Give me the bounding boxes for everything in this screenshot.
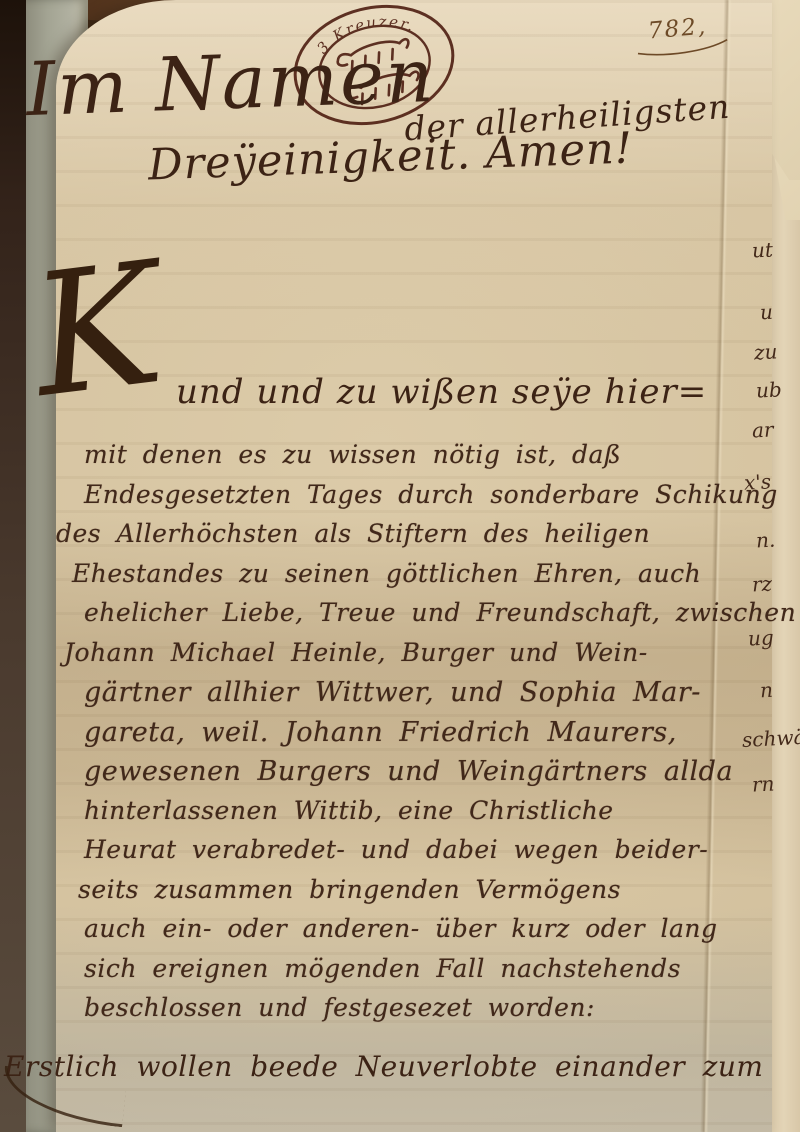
- body-line: gewesenen Burgers und Weingärtners allda: [84, 756, 748, 796]
- manuscript-photo: 782, 3 Kreuzer.: [0, 0, 800, 1132]
- body-line: ehelicher Liebe, Treue und Freundschaft,…: [84, 598, 748, 638]
- edge-fragment: x's: [743, 469, 771, 494]
- edge-fragment: n: [759, 678, 773, 703]
- edge-fragment: ut: [751, 237, 773, 262]
- edge-fragment: ar: [751, 417, 774, 442]
- body-line: des Allerhöchsten als Stiftern des heili…: [56, 519, 748, 559]
- edge-fragment: ug: [747, 625, 774, 650]
- body-line: sich ereignen mögenden Fall nachstehends: [84, 954, 748, 994]
- heading-invocation-large: Im Namen: [25, 33, 437, 133]
- edge-fragment: schwäu: [741, 724, 800, 752]
- page-number: 782,: [647, 13, 708, 44]
- body-line: Ehestandes zu seinen göttlichen Ehren, a…: [72, 559, 748, 599]
- edge-fragment: rz: [751, 571, 772, 596]
- body-text-block: mit denen es zu wissen nötig ist, daß En…: [84, 440, 748, 1033]
- edge-fragment: zu: [753, 339, 778, 364]
- body-line: Johann Michael Heinle, Burger und Wein-: [64, 638, 748, 678]
- edge-fragment: u: [759, 300, 773, 325]
- edge-fragment: rn: [751, 771, 775, 796]
- body-line: mit denen es zu wissen nötig ist, daß: [84, 440, 748, 480]
- body-line: seits zusammen bringenden Vermögens: [78, 875, 748, 915]
- body-line: auch ein- oder anderen- über kurz oder l…: [84, 914, 748, 954]
- body-line: Endesgesetzten Tages durch sonderbare Sc…: [84, 480, 748, 520]
- body-line: gareta, weil. Johann Friedrich Maurers,: [84, 717, 748, 757]
- body-line: gärtner allhier Wittwer, und Sophia Mar-: [84, 677, 748, 717]
- body-line: hinterlassenen Wittib, eine Christliche: [84, 796, 748, 836]
- body-line: beschlossen und festgesezet worden:: [84, 993, 748, 1033]
- edge-fragment: ub: [755, 377, 782, 402]
- body-line: Heurat verabredet- und dabei wegen beide…: [84, 835, 748, 875]
- body-first-line: und und zu wißen seÿe hier=: [176, 372, 707, 412]
- edge-fragment: n.: [755, 528, 775, 553]
- ornamental-initial: K: [24, 239, 169, 421]
